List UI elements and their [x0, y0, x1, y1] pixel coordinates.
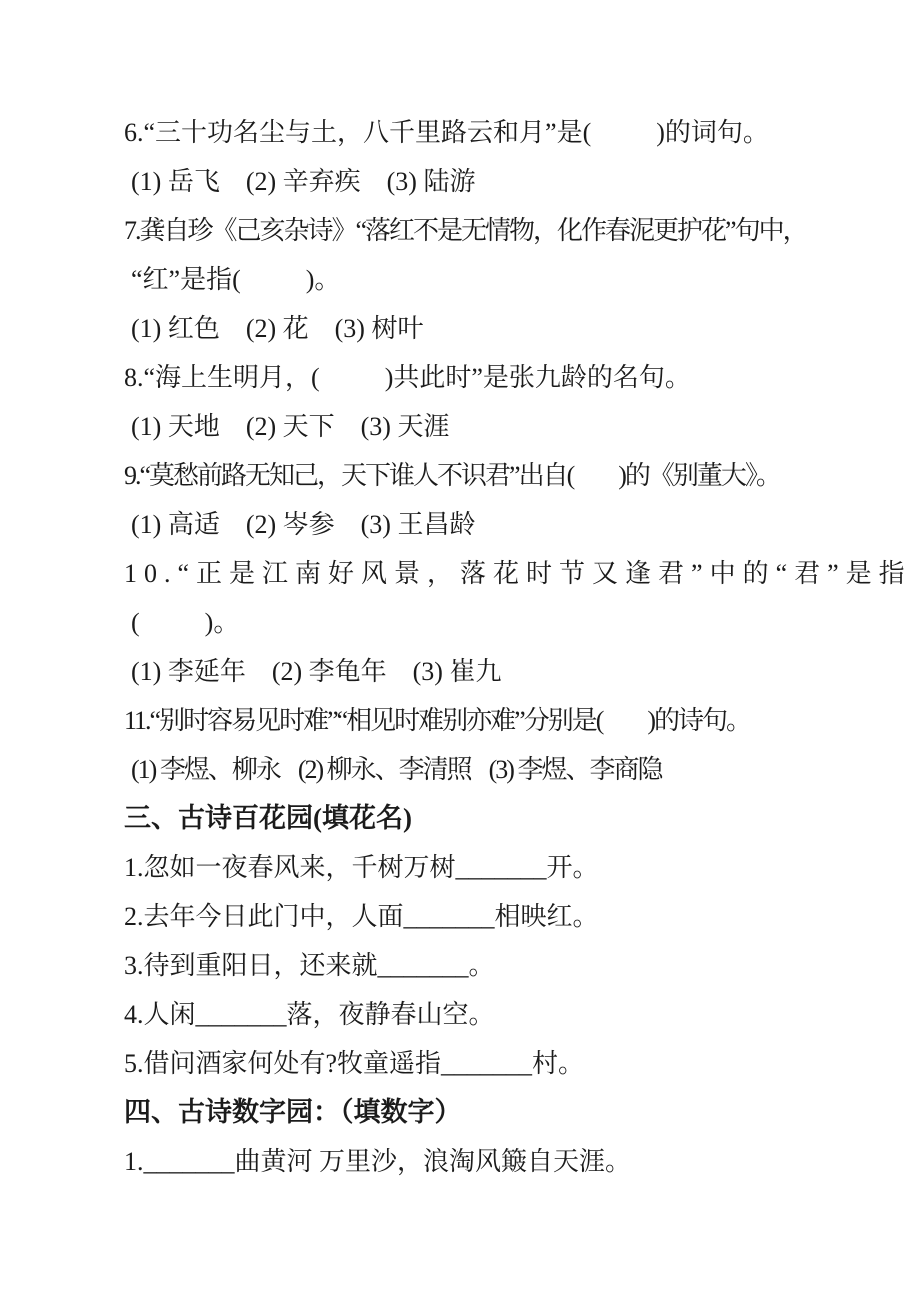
- question-10-options: (1) 李延年 (2) 李龟年 (3) 崔九: [124, 647, 886, 696]
- section-3-item-2: 2.去年今日此门中，人面_______相映红。: [124, 892, 886, 941]
- section-3-item-3: 3.待到重阳日，还来就_______。: [124, 941, 886, 990]
- question-8-options: (1) 天地 (2) 天下 (3) 天涯: [124, 402, 886, 451]
- question-9-stem: 9.“莫愁前路无知己，天下谁人不识君”出自( )的《别董大》。: [124, 451, 886, 500]
- question-9-options: (1) 高适 (2) 岑参 (3) 王昌龄: [124, 500, 886, 549]
- question-10-stem: 10.“正是江南好风景，落花时节又逢君”中的“君”是指: [124, 549, 886, 598]
- question-7-stem-continued: “红”是指( )。: [124, 255, 886, 304]
- question-11-stem: 11.“别时容易见时难”“相见时难别亦难”分别是( )的诗句。: [124, 696, 886, 745]
- question-7-options: (1) 红色 (2) 花 (3) 树叶: [124, 304, 886, 353]
- question-10-stem-continued: ( )。: [124, 598, 886, 647]
- section-3-item-1: 1.忽如一夜春风来，千树万树_______开。: [124, 843, 886, 892]
- question-7-stem: 7.龚自珍《己亥杂诗》“落红不是无情物，化作春泥更护花”句中，: [124, 206, 886, 255]
- section-3-heading: 三、古诗百花园(填花名): [124, 794, 886, 843]
- section-4-heading: 四、古诗数字园：（填数字）: [124, 1088, 886, 1137]
- question-6-stem: 6.“三十功名尘与土，八千里路云和月”是( )的词句。: [124, 108, 886, 157]
- document-page: 6.“三十功名尘与土，八千里路云和月”是( )的词句。 (1) 岳飞 (2) 辛…: [0, 0, 920, 1302]
- question-6-options: (1) 岳飞 (2) 辛弃疾 (3) 陆游: [124, 157, 886, 206]
- section-3-item-5: 5.借问酒家何处有?牧童遥指_______村。: [124, 1039, 886, 1088]
- question-11-options: (1) 李煜、柳永 (2) 柳永、李清照 (3) 李煜、李商隐: [124, 745, 886, 794]
- question-8-stem: 8.“海上生明月，( )共此时”是张九龄的名句。: [124, 353, 886, 402]
- section-4-item-1: 1._______曲黄河 万里沙，浪淘风簸自天涯。: [124, 1137, 886, 1186]
- section-3-item-4: 4.人闲_______落，夜静春山空。: [124, 990, 886, 1039]
